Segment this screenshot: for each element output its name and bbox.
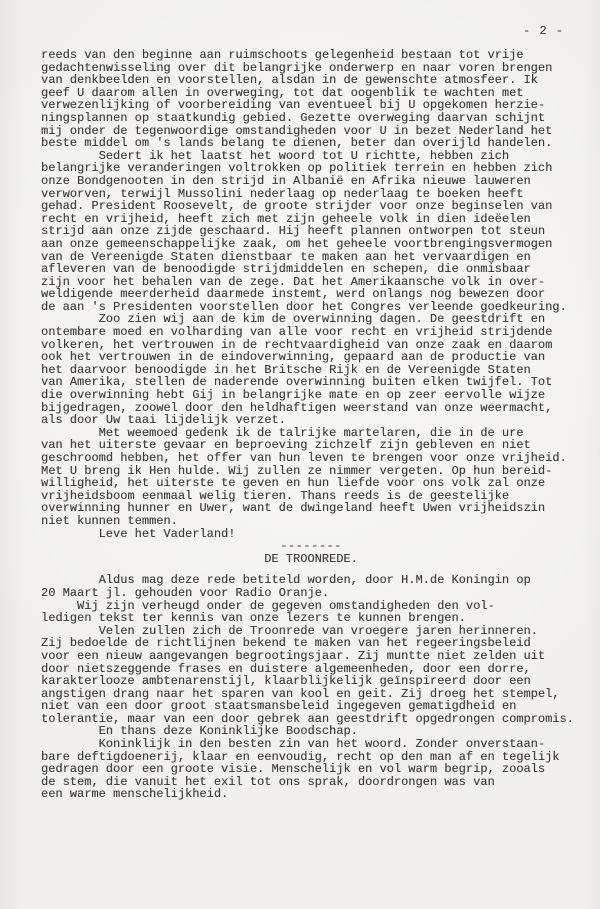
letter-paragraph: Zoo zien wij aan de kim de overwinning d… [41, 313, 581, 426]
article-paragraph: Koninklijk in den besten zin van het woo… [41, 738, 581, 801]
article-title: DE TROONREDE. [41, 553, 581, 566]
article-paragraph: Aldus mag deze rede betiteld worden, doo… [41, 574, 581, 599]
typewritten-text-block: reeds van den beginne aan ruimschoots ge… [41, 49, 581, 801]
article-paragraph: Wij zijn verheugd onder de gegeven omsta… [41, 600, 581, 625]
letter-paragraph: Met weemoed gedenk ik de talrijke martel… [41, 427, 581, 528]
letter-paragraph: reeds van den beginne aan ruimschoots ge… [41, 49, 581, 150]
page-number: - 2 - [523, 25, 564, 38]
article-body: Aldus mag deze rede betiteld worden, doo… [41, 574, 581, 801]
document-page: - 2 - reeds van den beginne aan ruimscho… [0, 0, 600, 909]
letter-paragraph: Sedert ik het laatst het woord tot U ric… [41, 150, 581, 314]
section-divider: -------- [41, 540, 581, 553]
article-paragraph: Velen zullen zich de Troonrede van vroeg… [41, 625, 581, 726]
